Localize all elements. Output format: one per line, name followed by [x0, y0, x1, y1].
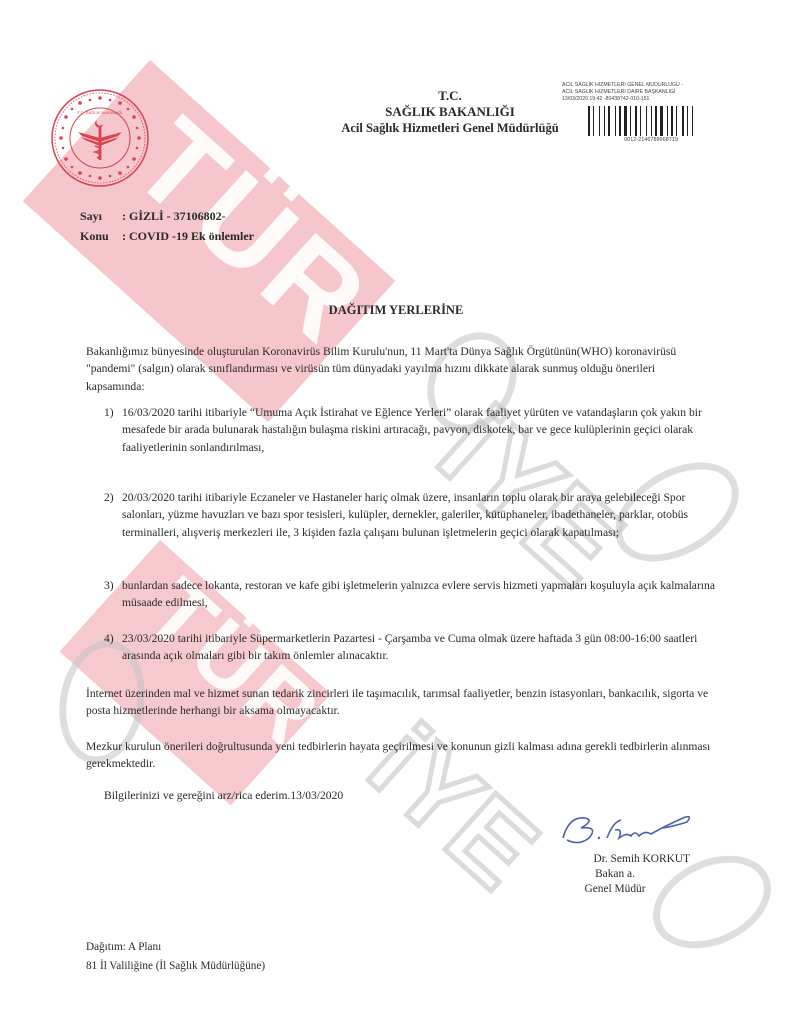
list-item: 4) 23/03/2020 tarihi itibariyle Süpermar…: [104, 630, 719, 665]
list-item-number: 2): [104, 489, 122, 541]
signatory-title-2: Genel Müdür: [540, 882, 690, 897]
signatory-name: Dr. Semih KORKUT: [540, 852, 690, 867]
barcode-meta-line-3: 13/03/2020 19:42 -80438742-010-151: [562, 96, 740, 103]
list-item-text: 16/03/2020 tarihi itibariyle “Umuma Açık…: [122, 404, 719, 456]
list-item-number: 3): [104, 577, 122, 612]
list-item: 1) 16/03/2020 tarihi itibariyle “Umuma A…: [104, 404, 719, 456]
distribution-plan: Dağıtım: A Planı: [86, 938, 265, 957]
paragraph-confidentiality: Mezkur kurulun önerileri doğrultusunda y…: [86, 738, 716, 773]
list-item-text: bunlardan sadece lokanta, restoran ve ka…: [122, 577, 719, 612]
document-title: DAĞITIM YERLERİNE: [0, 303, 792, 318]
barcode-icon: [588, 106, 716, 136]
list-item-text: 23/03/2020 tarihi itibariyle Süpermarket…: [122, 630, 719, 665]
barcode-block: ACİL SAĞLIK HİZMETLERİ GENEL MÜDÜRLÜĞÜ -…: [562, 82, 740, 143]
letterhead-directorate: Acil Sağlık Hizmetleri Genel Müdürlüğü: [330, 120, 570, 136]
list-item-number: 1): [104, 404, 122, 456]
sayi-value: : GİZLİ - 37106802-: [122, 206, 226, 226]
distribution-recipients: 81 İl Valiliğine (İl Sağlık Müdürlüğüne): [86, 957, 265, 976]
letterhead-ministry: SAĞLIK BAKANLIĞI: [330, 104, 570, 120]
barcode-number: 0012-2146789968719: [562, 137, 740, 143]
distribution-footer: Dağıtım: A Planı 81 İl Valiliğine (İl Sa…: [86, 938, 265, 976]
paragraph-services: İnternet üzerinden mal ve hizmet sunan t…: [86, 685, 716, 720]
barcode-meta-line-2: ACİL SAĞLIK HİZMETLERİ DAİRE BAŞKANLIĞI: [562, 89, 740, 96]
list-item-text: 20/03/2020 tarihi itibariyle Eczaneler v…: [122, 489, 719, 541]
konu-label: Konu: [80, 226, 122, 246]
document-reference: Sayı : GİZLİ - 37106802- Konu : COVID -1…: [80, 206, 254, 246]
signatory: Dr. Semih KORKUT Bakan a. Genel Müdür: [540, 852, 690, 897]
signatory-title-1: Bakan a.: [540, 867, 690, 882]
document-page: T.C. SAĞLIK BAKANLIĞI T.C. SAĞLIK BAKANL…: [0, 0, 792, 1024]
intro-paragraph: Bakanlığımız bünyesinde oluşturulan Koro…: [86, 343, 716, 395]
closing-line: Bilgilerinizi ve gereğini arz/rica ederi…: [104, 789, 343, 802]
ministry-of-health-seal-icon: T.C. SAĞLIK BAKANLIĞI: [50, 88, 150, 188]
list-item: 2) 20/03/2020 tarihi itibariyle Eczanele…: [104, 489, 719, 541]
list-item: 3) bunlardan sadece lokanta, restoran ve…: [104, 577, 719, 612]
handwritten-signature-icon: [555, 808, 705, 850]
svg-text:T.C. SAĞLIK BAKANLIĞI: T.C. SAĞLIK BAKANLIĞI: [78, 110, 123, 115]
konu-value: : COVID -19 Ek önlemler: [122, 226, 254, 246]
barcode-meta-line-1: ACİL SAĞLIK HİZMETLERİ GENEL MÜDÜRLÜĞÜ -: [562, 82, 740, 89]
letterhead-line-1: T.C.: [330, 88, 570, 104]
list-item-number: 4): [104, 630, 122, 665]
sayi-label: Sayı: [80, 206, 122, 226]
letterhead: T.C. SAĞLIK BAKANLIĞI Acil Sağlık Hizmet…: [330, 88, 570, 136]
